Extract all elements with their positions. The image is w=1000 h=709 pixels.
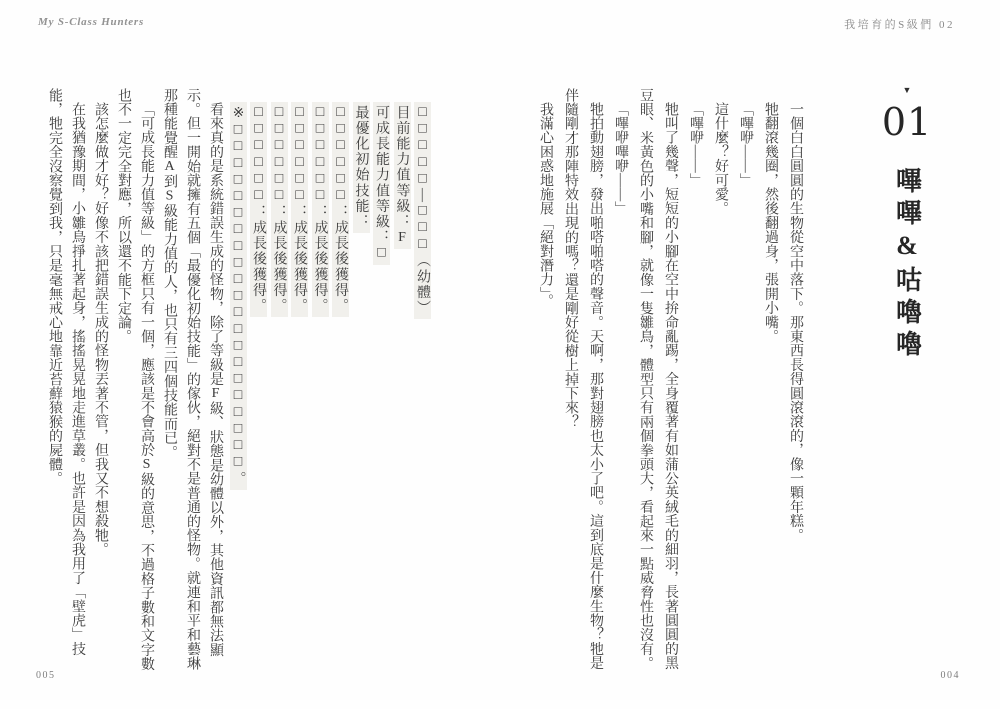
- paragraph: 在我猶豫期間，小雛鳥掙扎著起身，搖搖晃晃地走進草叢。也許是因為我用了「壁虎」技能…: [43, 88, 89, 676]
- paragraph-dialogue: 「嗶咿——」: [683, 88, 708, 676]
- chapter-heading: ▼ 01 嗶嗶&咕嚕嚕: [878, 86, 936, 362]
- page-left-body: □□□□□—□□□（幼體） 目前能力值等級：F 可成長能力值等級：□ 最優化初始…: [43, 88, 432, 676]
- status-window-line: 目前能力值等級：F: [391, 88, 412, 676]
- status-window-line: □□□□□□：成長後獲得。: [309, 88, 330, 676]
- status-window-line: 可成長能力值等級：□: [371, 88, 392, 676]
- status-window-line: □□□□□□：成長後獲得。: [330, 88, 351, 676]
- status-window-line: 最優化初始技能：: [350, 88, 371, 676]
- paragraph-dialogue: 「嗶咿嗶咿——」: [608, 88, 633, 676]
- paragraph: 牠拍動翅膀，發出啪嗒啪嗒的聲音。天啊，那對翅膀也太小了吧。這到底是什麼生物？牠是…: [558, 88, 608, 676]
- book-spread: My S-Class Hunters 我培育的S級們 02 ▼ 01 嗶嗶&咕嚕…: [0, 0, 1000, 709]
- paragraph: 牠叫了幾聲，短短的小腳在空中拚命亂踢，全身覆著有如蒲公英絨毛的細羽，長著圓圓的黑…: [633, 88, 683, 676]
- paragraph: 這什麼？好可愛。: [708, 88, 733, 676]
- paragraph: 我滿心困惑地施展「絕對潛力」。: [533, 88, 558, 676]
- paragraph: 「可成長能力值等級」的方框只有一個，應該是不會高於S級的意思，不過格子數和文字數…: [112, 88, 158, 676]
- status-window-line: □□□□□□：成長後獲得。: [289, 88, 310, 676]
- paragraph-dialogue: 「嗶咿——」: [733, 88, 758, 676]
- paragraph: 一個白白圓圓的生物從空中落下。那東西長得圓滾滾的，像一顆年糕。: [783, 88, 808, 676]
- paragraph: 牠翻滾幾圈，然後翻過身，張開小嘴。: [758, 88, 783, 676]
- status-window-note: ※□□□□□□□□□□□□□□□□□□□□□。: [227, 88, 248, 676]
- chapter-number: 01: [882, 101, 932, 145]
- running-header-book-title: 我培育的S級們 02: [844, 16, 955, 32]
- status-window-line: □□□□□□：成長後獲得。: [248, 88, 269, 676]
- paragraph: 看來真的是系統錯誤生成的怪物，除了等級是F級、狀態是幼體以外，其他資訊都無法顯示…: [158, 88, 227, 676]
- status-window-line: □□□□□□：成長後獲得。: [268, 88, 289, 676]
- running-header-series: My S-Class Hunters: [38, 16, 144, 28]
- page-right-body: 一個白白圓圓的生物從空中落下。那東西長得圓滾滾的，像一顆年糕。 牠翻滾幾圈，然後…: [533, 88, 808, 676]
- page-number-left: 005: [36, 670, 56, 681]
- triangle-marker-icon: ▼: [903, 86, 912, 95]
- status-window-line: □□□□□—□□□（幼體）: [412, 88, 433, 676]
- chapter-title: 嗶嗶&咕嚕嚕: [889, 167, 926, 362]
- page-number-right: 004: [941, 670, 961, 681]
- paragraph: 該怎麼做才好？好像不該把錯誤生成的怪物丟著不管，但我又不想殺牠。: [89, 88, 112, 676]
